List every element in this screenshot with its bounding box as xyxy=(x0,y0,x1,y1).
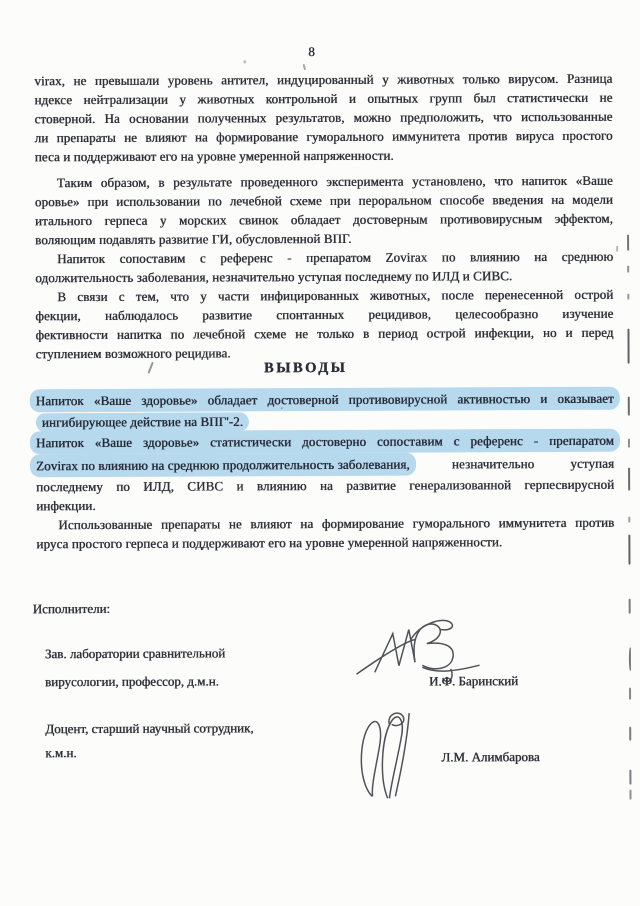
executor-1-title: вирусологии, профессор, д.м.н. xyxy=(45,673,219,690)
text-line: ли препараты не влияют на формирование г… xyxy=(35,126,613,148)
page-number: 8 xyxy=(308,44,315,60)
conclusion-1-line: ингибирующее действие на ВПГ'-2. xyxy=(36,410,614,432)
plain-text: незначительно xyxy=(452,454,534,473)
signature-alimbarova xyxy=(351,708,429,804)
text-line: фективности напитка по лечебной схеме не… xyxy=(35,323,613,345)
conclusion-2-line: Zovirax по влиянию на среднюю продолжите… xyxy=(36,452,614,478)
page-edge-mark xyxy=(629,688,631,700)
page-edge-mark xyxy=(627,294,629,300)
page-edge-mark xyxy=(629,648,631,671)
highlighted-text: Напиток «Ваше здоровье» статистически до… xyxy=(30,429,620,455)
highlighted-text: ингибирующее действие на ВПГ'-2. xyxy=(36,412,249,432)
conclusions-block: Напиток «Ваше здоровье» обладает достове… xyxy=(36,387,615,554)
text-line: песа и поддерживают его на уровне умерен… xyxy=(35,145,613,167)
paragraph-3: Напиток сопоставим с референс - препарат… xyxy=(35,247,613,288)
text-line: В связи с тем, что у части инфицированны… xyxy=(35,285,613,307)
scan-speck xyxy=(303,64,307,70)
page-edge-mark xyxy=(627,266,629,273)
scan-speck xyxy=(270,403,274,405)
highlighted-text: Zovirax по влиянию на среднюю продолжите… xyxy=(30,453,416,478)
page-edge-mark xyxy=(628,397,630,416)
executors-label: Исполнители: xyxy=(33,601,110,617)
page-edge-mark xyxy=(628,517,630,523)
executor-1-title: Зав. лаборатории сравнительной xyxy=(45,645,225,662)
text-line: оровье» при использовании по лечебной сх… xyxy=(35,190,613,212)
scan-speck xyxy=(243,60,246,63)
paragraph-1: virax, не превышали уровень антител, инд… xyxy=(34,69,612,167)
conclusion-2-line: Напиток «Ваше здоровье» статистически до… xyxy=(36,429,614,455)
page-edge-mark xyxy=(627,329,630,364)
scan-speck xyxy=(616,246,618,252)
highlighted-text: Напиток «Ваше здоровье» обладает достове… xyxy=(30,387,620,413)
document-page: 8 virax, не превышали уровень антител, и… xyxy=(0,0,640,906)
conclusion-2-line: последнему по ИЛД, СИВС и влиянию на раз… xyxy=(36,475,614,497)
text-line: Напиток сопоставим с референс - препарат… xyxy=(35,247,613,269)
paragraph-4: В связи с тем, что у части инфицированны… xyxy=(35,285,613,364)
conclusion-3-line: Использованные препараты не влияют на фо… xyxy=(36,513,614,535)
executor-2-name: Л.М. Алимбарова xyxy=(441,749,539,765)
conclusion-3-line: ируса простого герпеса и поддерживают ег… xyxy=(36,532,614,554)
paragraph-2: Таким образом, в результате проведенного… xyxy=(35,171,613,250)
conclusion-2-line: инфекции. xyxy=(36,494,614,516)
text-line: итального герпеса у морских свинок облад… xyxy=(35,209,613,231)
text-line: воляющим подавлять развитие ГИ, обусловл… xyxy=(35,228,613,250)
page-edge-mark xyxy=(628,468,630,491)
text-line: одолжительность заболевания, незначитель… xyxy=(35,266,613,288)
body-text: virax, не превышали уровень антител, инд… xyxy=(34,69,613,364)
section-heading-conclusions: ВЫВОДЫ xyxy=(0,359,612,379)
page-edge-mark xyxy=(627,235,629,251)
text-line: стоверной. На основании полученных резул… xyxy=(34,107,612,129)
page-edge-mark xyxy=(628,439,630,448)
text-line: Таким образом, в результате проведенного… xyxy=(35,171,613,193)
text-line: фекции, наблюдалось развитие спонтанных … xyxy=(35,304,613,326)
scan-speck xyxy=(281,407,283,409)
text-line: virax, не превышали уровень антител, инд… xyxy=(34,69,612,91)
page-edge-mark xyxy=(629,790,631,800)
executor-1-name: И.Ф. Баринский xyxy=(429,673,518,689)
plain-text: уступая xyxy=(570,453,614,472)
page-edge-mark xyxy=(629,770,631,785)
executor-2-title: к.м.н. xyxy=(45,745,76,761)
executor-2-title: Доцент, старший научный сотрудник, xyxy=(45,720,253,737)
page-edge-mark xyxy=(629,727,631,741)
conclusion-1-line: Напиток «Ваше здоровье» обладает достове… xyxy=(36,387,614,413)
scan-content: 8 virax, не превышали уровень антител, и… xyxy=(0,0,640,906)
text-line: ндексе нейтрализации у животных контроль… xyxy=(34,88,612,110)
page-edge-mark xyxy=(628,535,631,565)
page-edge-mark xyxy=(629,599,631,614)
